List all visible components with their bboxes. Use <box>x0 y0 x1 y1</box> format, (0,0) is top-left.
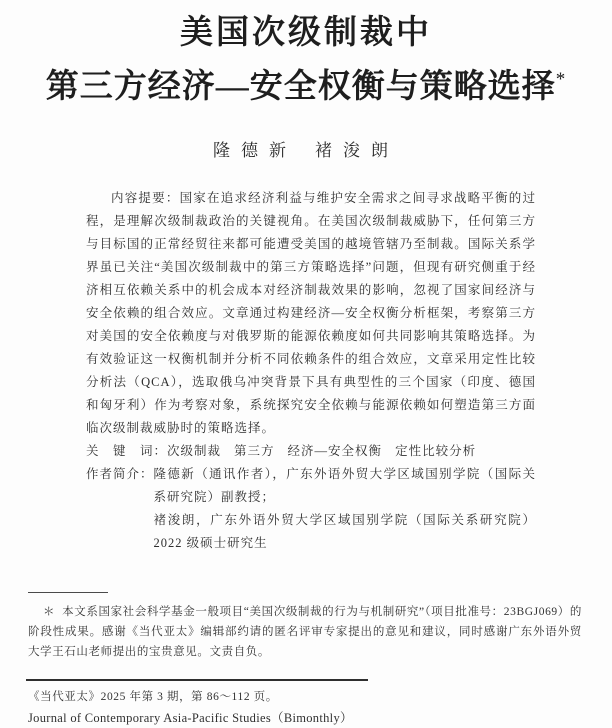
journal-citation-cn: 《当代亚太》2025 年第 3 期，第 86～112 页。 <box>28 688 278 704</box>
author-name-2: 褚浚朗 <box>315 141 399 160</box>
footnote: ＊本文系国家社会科学基金一般项目“美国次级制裁的行为与机制研究”（项目批准号：2… <box>28 592 582 662</box>
keyword-item-4: 定性比较分析 <box>395 444 476 458</box>
article-title-line1: 美国次级制裁中 <box>0 12 612 54</box>
keyword-item-3: 经济—安全权衡 <box>288 444 383 458</box>
author-bio: 作者简介： 隆德新（通讯作者），广东外语外贸大学区域国别学院（国际关系研究院）副… <box>86 463 536 555</box>
author-bio-entry-1: 隆德新（通讯作者），广东外语外贸大学区域国别学院（国际关系研究院）副教授； <box>154 463 536 509</box>
keywords-row: 关 键 词：次级制裁第三方经济—安全权衡定性比较分析 <box>86 440 536 463</box>
footnote-paragraph: ＊本文系国家社会科学基金一般项目“美国次级制裁的行为与机制研究”（项目批准号：2… <box>28 602 582 662</box>
footnote-marker: ＊ <box>43 606 55 618</box>
journal-citation-en: Journal of Contemporary Asia-Pacific Stu… <box>28 708 353 726</box>
article-title-line2: 第三方经济—安全权衡与策略选择* <box>0 58 612 109</box>
author-bio-label: 作者简介： <box>86 463 154 486</box>
keyword-item-2: 第三方 <box>234 444 275 458</box>
author-name-1: 隆德新 <box>213 141 297 160</box>
footnote-text: 本文系国家社会科学基金一般项目“美国次级制裁的行为与机制研究”（项目批准号：23… <box>28 606 582 658</box>
author-bio-entry-2: 褚浚朗，广东外语外贸大学区域国别学院（国际关系研究院）2022 级硕士研究生 <box>154 509 536 555</box>
abstract-body: 国家在追求经济利益与维护安全需求之间寻求战略平衡的过程，是理解次级制裁政治的关键… <box>86 191 536 435</box>
title-footnote-marker: * <box>556 69 567 90</box>
article-title-line2-text: 第三方经济—安全权衡与策略选择 <box>46 69 556 105</box>
keywords-label: 关 键 词： <box>86 444 167 458</box>
keyword-item-1: 次级制裁 <box>167 444 221 458</box>
abstract-label: 内容提要： <box>111 191 180 205</box>
footnote-divider <box>28 592 108 593</box>
abstract-paragraph: 内容提要：国家在追求经济利益与维护安全需求之间寻求战略平衡的过程，是理解次级制裁… <box>86 187 536 440</box>
abstract-block: 内容提要：国家在追求经济利益与维护安全需求之间寻求战略平衡的过程，是理解次级制裁… <box>86 187 536 555</box>
author-bio-content: 隆德新（通讯作者），广东外语外贸大学区域国别学院（国际关系研究院）副教授； 褚浚… <box>154 463 536 555</box>
authors: 隆德新褚浚朗 <box>0 136 612 161</box>
article-title: 美国次级制裁中 第三方经济—安全权衡与策略选择* <box>0 12 612 109</box>
document-page: 美国次级制裁中 第三方经济—安全权衡与策略选择* 隆德新褚浚朗 内容提要：国家在… <box>0 0 612 728</box>
citation-divider <box>26 679 368 681</box>
